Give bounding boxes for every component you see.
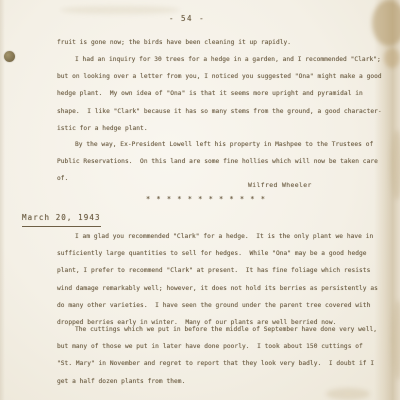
body-line: "St. Mary" in November and regret to rep… — [57, 355, 380, 372]
paragraph-hedge-inquiry: I had an inquiry for 30 trees for a hedg… — [57, 51, 380, 137]
body-line: hedge plant. My own idea of "Ona" is tha… — [57, 85, 380, 102]
body-line: fruit is gone now; the birds have been c… — [57, 34, 380, 51]
hole-punch-mark — [4, 51, 15, 62]
body-line: The cuttings which we put in before the … — [57, 321, 380, 338]
scan-smudge — [60, 6, 180, 14]
body-line: of. — [57, 170, 380, 187]
entry-date-heading: March 20, 1943 — [22, 211, 101, 227]
asterisk-separator: * * * * * * * * * * * * — [146, 192, 266, 206]
body-line: sufficiently large quantities to sell fo… — [57, 245, 380, 262]
scan-smudge — [391, 130, 400, 200]
scanned-letter-page: - 54 - fruit is gone now; the birds have… — [0, 0, 400, 400]
paragraph-fruit: fruit is gone now; the birds have been c… — [57, 34, 380, 51]
body-line: I am glad you recommended "Clark" for a … — [57, 228, 380, 245]
paragraph-lowell-property: By the way, Ex-President Lowell left his… — [57, 136, 380, 188]
body-line: istic for a hedge plant. — [57, 120, 380, 137]
body-line: plant, I prefer to recommend "Clark" at … — [57, 262, 380, 279]
body-line: but on looking over a letter from you, I… — [57, 68, 380, 85]
body-line: but many of those we put in later have d… — [57, 338, 380, 355]
body-line: do many other varieties. I have seen the… — [57, 297, 380, 314]
body-line: wind damage remarkably well; however, it… — [57, 280, 380, 297]
paper-left-edge-shadow — [0, 0, 5, 400]
body-line: get a half dozen plants from them. — [57, 373, 380, 390]
body-line: Public Reservations. On this land are so… — [57, 153, 380, 170]
scan-smudge — [384, 48, 400, 68]
scan-smudge — [392, 300, 400, 380]
paragraph-cuttings: The cuttings which we put in before the … — [57, 321, 380, 390]
body-line: I had an inquiry for 30 trees for a hedg… — [57, 51, 380, 68]
body-line: shape. I like "Clark" because it has so … — [57, 103, 380, 120]
paragraph-clark-recommendation: I am glad you recommended "Clark" for a … — [57, 228, 380, 331]
page-number: - 54 - — [169, 14, 205, 23]
body-line: By the way, Ex-President Lowell left his… — [57, 136, 380, 153]
